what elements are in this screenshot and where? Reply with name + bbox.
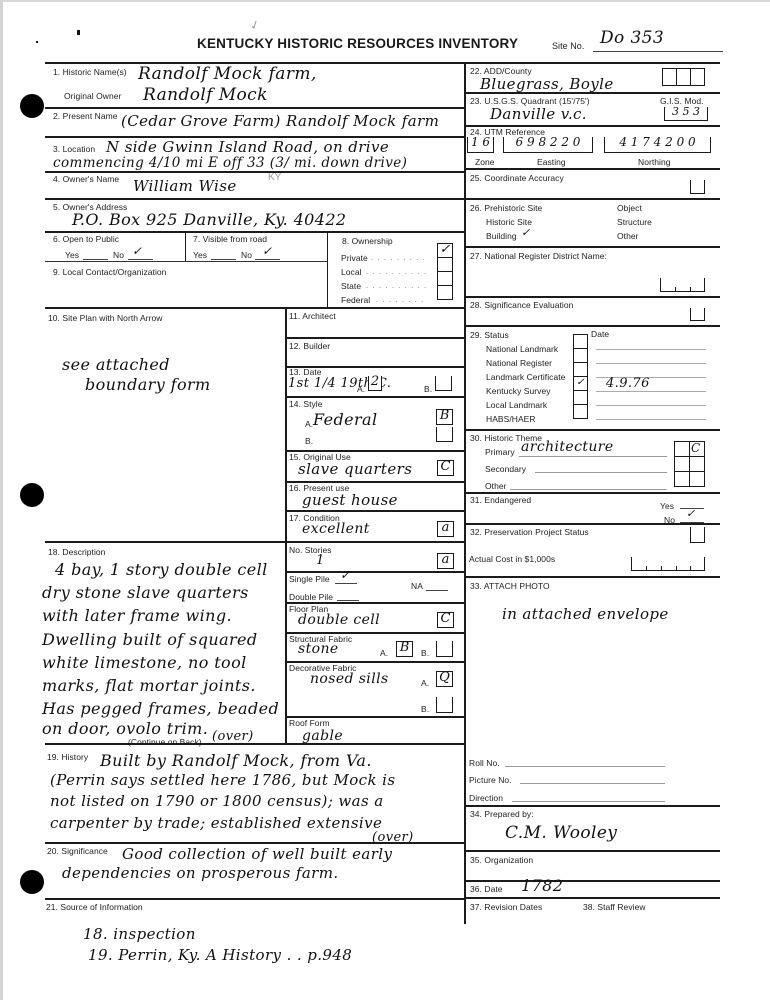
prepared-by-label: 34. Prepared by: bbox=[470, 809, 534, 819]
date-b-code[interactable] bbox=[435, 376, 452, 391]
history-line[interactable]: not listed on 1790 or 1800 census); was … bbox=[50, 792, 384, 810]
style-a-code[interactable]: B bbox=[436, 409, 453, 425]
site-plan-label: 10. Site Plan with North Arrow bbox=[48, 313, 162, 323]
floor-plan-value[interactable]: double cell bbox=[298, 612, 380, 628]
organization-label: 35. Organization bbox=[470, 855, 533, 865]
date-a-label: A. bbox=[357, 384, 365, 394]
significance-evaluation-box[interactable] bbox=[690, 308, 705, 321]
direction-label: Direction bbox=[469, 793, 503, 803]
decorative-fabric-a-code[interactable]: Q bbox=[436, 671, 453, 687]
site-plan-value-line1[interactable]: see attached bbox=[62, 355, 170, 374]
revision-dates-label: 37. Revision Dates bbox=[470, 902, 542, 912]
condition-code[interactable]: a bbox=[437, 521, 454, 537]
stray-mark bbox=[77, 30, 80, 35]
rule bbox=[465, 62, 720, 64]
double-pile-label: Double Pile bbox=[289, 592, 333, 602]
structural-fabric-b-label: B. bbox=[421, 648, 429, 658]
rule bbox=[45, 261, 327, 262]
significance-label: 20. Significance bbox=[47, 846, 108, 856]
status-date-line bbox=[596, 391, 706, 392]
rule bbox=[465, 850, 720, 852]
description-line[interactable]: on door, ovolo trim. bbox=[42, 719, 208, 738]
status-kentucky-survey-label: Kentucky Survey bbox=[486, 386, 551, 396]
structural-fabric-value[interactable]: stone bbox=[298, 641, 339, 657]
open-public-label: 6. Open to Public bbox=[53, 234, 119, 244]
prepared-date-label: 36. Date bbox=[470, 884, 503, 894]
scan-left-edge bbox=[0, 0, 3, 1000]
roof-form-label: Roof Form bbox=[289, 718, 330, 728]
visible-road-yes-blank[interactable] bbox=[211, 259, 236, 260]
ownership-federal-checkbox[interactable] bbox=[437, 285, 453, 300]
picture-no-line[interactable] bbox=[520, 783, 665, 784]
structural-fabric-b-code[interactable] bbox=[436, 641, 453, 657]
other-label: Other bbox=[617, 231, 639, 241]
status-date-line bbox=[596, 363, 706, 364]
actual-cost-box[interactable] bbox=[631, 557, 705, 571]
add-county-code-2[interactable] bbox=[676, 68, 691, 86]
utm-northing-label: Northing bbox=[638, 157, 671, 167]
national-register-district-box[interactable] bbox=[660, 278, 705, 292]
punch-hole bbox=[20, 94, 44, 118]
visible-road-no-label: No bbox=[241, 250, 252, 260]
style-b-code[interactable] bbox=[436, 427, 453, 442]
status-local-landmark-checkbox[interactable] bbox=[573, 390, 588, 405]
description-label: 18. Description bbox=[48, 547, 105, 557]
present-name-label: 2. Present Name bbox=[53, 111, 118, 121]
style-b-label: B. bbox=[305, 436, 313, 446]
rule bbox=[45, 171, 465, 173]
condition-value[interactable]: excellent bbox=[302, 521, 370, 537]
rule bbox=[465, 92, 720, 94]
source-line[interactable]: 19. Perrin, Ky. A History . . p.948 bbox=[88, 946, 352, 964]
endangered-no-check: ✓ bbox=[686, 507, 696, 520]
rule bbox=[45, 743, 465, 745]
visible-road-label: 7. Visible from road bbox=[193, 234, 267, 244]
significance-line[interactable]: dependencies on prosperous farm. bbox=[62, 864, 339, 882]
object-label: Object bbox=[617, 203, 642, 213]
date-b-label: B. bbox=[424, 384, 432, 394]
scan-top-edge bbox=[0, 0, 770, 2]
add-county-code-1[interactable] bbox=[662, 68, 677, 86]
endangered-yes-label: Yes bbox=[660, 501, 674, 511]
theme-secondary-label: Secondary bbox=[485, 464, 526, 474]
divider bbox=[327, 231, 328, 308]
description-line[interactable]: with later frame wing. bbox=[42, 606, 232, 625]
rule bbox=[45, 231, 465, 233]
rule bbox=[465, 246, 720, 248]
status-national-landmark-checkbox[interactable] bbox=[573, 334, 588, 349]
rule bbox=[45, 107, 465, 109]
rule bbox=[465, 296, 720, 298]
structural-fabric-a-code[interactable]: B bbox=[396, 641, 413, 657]
open-public-no-blank[interactable] bbox=[128, 259, 153, 260]
description-line[interactable]: dry stone slave quarters bbox=[42, 583, 249, 602]
stories-code[interactable]: a bbox=[437, 553, 454, 569]
attach-photo-label: 33. ATTACH PHOTO bbox=[470, 581, 550, 591]
owner-name-value[interactable]: William Wise bbox=[133, 177, 237, 195]
direction-line[interactable] bbox=[512, 801, 665, 802]
style-a-value[interactable]: Federal bbox=[313, 410, 378, 429]
endangered-label: 31. Endangered bbox=[470, 495, 531, 505]
rule bbox=[465, 880, 720, 882]
builder-label: 12. Builder bbox=[289, 341, 330, 351]
pencil-annotation: KY bbox=[268, 172, 281, 183]
leader-dots: . . . . . . . . bbox=[376, 295, 424, 304]
rule bbox=[465, 325, 720, 327]
site-plan-value-line2[interactable]: boundary form bbox=[85, 375, 211, 394]
na-blank[interactable] bbox=[426, 590, 448, 591]
historic-name-label: 1. Historic Name(s) bbox=[53, 67, 127, 77]
ownership-local-label: Local bbox=[341, 267, 362, 277]
utm-zone-label: Zone bbox=[475, 157, 495, 167]
history-line[interactable]: (Perrin says settled here 1786, but Mock… bbox=[50, 771, 395, 789]
status-habs-haer-checkbox[interactable] bbox=[573, 404, 588, 419]
status-national-landmark-label: National Landmark bbox=[486, 344, 558, 354]
status-date-line bbox=[596, 349, 706, 350]
theme-secondary-line[interactable] bbox=[535, 472, 667, 473]
theme-primary-code: C bbox=[691, 441, 700, 455]
attach-photo-value[interactable]: in attached envelope bbox=[502, 605, 669, 623]
site-no-value[interactable]: Do 353 bbox=[600, 28, 664, 48]
original-owner-value[interactable]: Randolf Mock bbox=[143, 85, 268, 105]
status-kentucky-survey-date[interactable]: 4.9.76 bbox=[606, 376, 650, 391]
ownership-private-label: Private bbox=[341, 253, 368, 263]
divider bbox=[285, 307, 287, 743]
history-line[interactable]: Built by Randolf Mock, from Va. bbox=[100, 751, 372, 770]
pencil-check-icon: ✓ bbox=[248, 17, 262, 34]
double-pile-blank[interactable] bbox=[337, 600, 359, 601]
floor-plan-code[interactable]: C bbox=[437, 612, 454, 628]
rule bbox=[465, 897, 720, 899]
theme-code-grid[interactable]: C bbox=[674, 441, 705, 487]
rule bbox=[465, 198, 720, 200]
utm-easting-label: Easting bbox=[537, 157, 566, 167]
description-line[interactable]: Has pegged frames, beaded bbox=[42, 699, 279, 718]
roll-no-line[interactable] bbox=[505, 766, 665, 767]
ownership-state-label: State bbox=[341, 281, 361, 291]
theme-other-label: Other bbox=[485, 481, 507, 491]
ownership-private-checkbox[interactable]: ✓ bbox=[437, 243, 453, 258]
preservation-status-label: 32. Preservation Project Status bbox=[470, 527, 589, 537]
rule bbox=[45, 898, 465, 900]
form-title: KENTUCKY HISTORIC RESOURCES INVENTORY bbox=[197, 36, 518, 51]
location-value-line2[interactable]: commencing 4/10 mi E off 33 (3/ mi. down… bbox=[53, 155, 407, 171]
rule bbox=[285, 510, 465, 512]
theme-other-line[interactable] bbox=[510, 489, 667, 490]
structure-label: Structure bbox=[617, 217, 652, 227]
rule bbox=[465, 429, 720, 431]
building-check[interactable]: ✓ bbox=[521, 226, 531, 239]
status-national-register-checkbox[interactable] bbox=[573, 348, 588, 363]
utm-northing[interactable]: 4 1 7 4 2 0 0 bbox=[604, 137, 711, 153]
theme-primary-line bbox=[519, 456, 667, 457]
gis-mod-code[interactable]: 3 5 3 bbox=[664, 107, 708, 121]
roof-form-value[interactable]: gable bbox=[302, 728, 343, 744]
original-use-value[interactable]: slave quarters bbox=[298, 460, 412, 478]
status-date-line bbox=[596, 405, 706, 406]
decorative-fabric-value[interactable]: nosed sills bbox=[310, 671, 389, 687]
utm-zone[interactable]: 1 6 bbox=[467, 137, 494, 153]
staff-review-label: 38. Staff Review bbox=[583, 902, 646, 912]
structural-fabric-a-label: A. bbox=[380, 648, 388, 658]
style-a-label: A. bbox=[305, 419, 313, 429]
description-line[interactable]: white limestone, no tool bbox=[42, 653, 247, 672]
status-habs-haer-label: HABS/HAER bbox=[486, 414, 536, 424]
description-over: (over) bbox=[212, 729, 254, 744]
status-kentucky-survey-checkbox[interactable]: ✓ bbox=[573, 376, 588, 391]
open-public-no-check: ✓ bbox=[132, 244, 142, 258]
rule bbox=[45, 842, 465, 844]
prepared-by-value[interactable]: C.M. Wooley bbox=[505, 823, 617, 843]
add-county-code-3[interactable] bbox=[690, 68, 705, 86]
significance-line[interactable]: Good collection of well built early bbox=[122, 845, 392, 863]
rule bbox=[465, 523, 720, 525]
punch-hole bbox=[20, 870, 44, 894]
open-public-no-label: No bbox=[113, 250, 124, 260]
historic-name-value[interactable]: Randolf Mock farm, bbox=[138, 64, 317, 84]
original-use-code[interactable]: C bbox=[437, 460, 454, 476]
local-contact-label: 9. Local Contact/Organization bbox=[53, 267, 166, 277]
history-label: 19. History bbox=[47, 752, 88, 762]
leader-dots: . . . . . . . . . bbox=[371, 253, 426, 262]
rule bbox=[465, 492, 720, 494]
owner-address-value[interactable]: P.O. Box 925 Danville, Ky. 40422 bbox=[72, 210, 347, 229]
owner-name-label: 4. Owner's Name bbox=[53, 174, 119, 184]
source-label: 21. Source of Information bbox=[46, 902, 143, 912]
site-no-label: Site No. bbox=[552, 41, 584, 51]
decorative-fabric-a-label: A. bbox=[421, 678, 429, 688]
ownership-local-checkbox[interactable] bbox=[437, 257, 453, 272]
history-line[interactable]: carpenter by trade; established extensiv… bbox=[50, 814, 382, 832]
prepared-date-value[interactable]: 1782 bbox=[521, 876, 563, 895]
status-date-line bbox=[596, 419, 706, 420]
stories-label: No. Stories bbox=[289, 545, 332, 555]
ownership-federal-label: Federal bbox=[341, 295, 370, 305]
description-line[interactable]: marks, flat mortar joints. bbox=[42, 676, 256, 695]
open-public-yes-label: Yes bbox=[65, 250, 79, 260]
usgs-quadrant-value[interactable]: Danville v.c. bbox=[490, 105, 587, 123]
source-line[interactable]: 18. inspection bbox=[83, 925, 196, 943]
visible-road-yes-label: Yes bbox=[193, 250, 207, 260]
ownership-label: 8. Ownership bbox=[342, 236, 393, 246]
leader-dots: . . . . . . . . . . bbox=[366, 281, 427, 290]
status-national-register-label: National Register bbox=[486, 358, 552, 368]
stray-mark bbox=[36, 41, 38, 43]
picture-no-label: Picture No. bbox=[469, 775, 512, 785]
prehistoric-site-label: 26. Prehistoric Site bbox=[470, 203, 542, 213]
single-pile-blank[interactable] bbox=[335, 583, 357, 584]
coordinate-accuracy-box[interactable] bbox=[690, 180, 705, 194]
rule bbox=[45, 541, 465, 543]
na-label: NA bbox=[411, 581, 423, 591]
original-owner-label: Original Owner bbox=[64, 91, 121, 101]
present-use-value[interactable]: guest house bbox=[302, 491, 398, 509]
roll-no-label: Roll No. bbox=[469, 758, 500, 768]
decorative-fabric-b-label: B. bbox=[421, 704, 429, 714]
significance-evaluation-label: 28. Significance Evaluation bbox=[470, 300, 573, 310]
rule bbox=[285, 571, 465, 573]
building-label: Building bbox=[486, 231, 517, 241]
decorative-fabric-b-code[interactable] bbox=[436, 697, 453, 713]
utm-easting[interactable]: 6 9 8 2 2 0 bbox=[503, 137, 593, 153]
location-value-line1[interactable]: N side Gwinn Island Road, on drive bbox=[106, 138, 389, 156]
rule bbox=[45, 198, 465, 200]
rule bbox=[465, 168, 720, 170]
visible-road-no-blank[interactable] bbox=[255, 259, 280, 260]
rule bbox=[465, 576, 720, 578]
actual-cost-label: Actual Cost in $1,000s bbox=[469, 554, 555, 564]
theme-primary-value[interactable]: architecture bbox=[521, 439, 614, 455]
rule bbox=[465, 805, 720, 807]
add-county-value[interactable]: Bluegrass, Boyle bbox=[480, 75, 614, 93]
continue-on-back-label: (Continue on Back) bbox=[128, 737, 202, 747]
visible-road-no-check: ✓ bbox=[262, 244, 272, 258]
coordinate-accuracy-label: 25. Coordinate Accuracy bbox=[470, 173, 564, 183]
national-register-district-label: 27. National Register District Name: bbox=[470, 251, 607, 261]
status-label: 29. Status bbox=[470, 330, 509, 340]
site-no-line bbox=[593, 51, 723, 52]
preservation-status-box[interactable] bbox=[690, 527, 705, 543]
description-line[interactable]: 4 bay, 1 story double cell bbox=[55, 560, 268, 579]
description-line[interactable]: Dwelling built of squared bbox=[42, 630, 258, 649]
rule bbox=[285, 337, 465, 339]
theme-primary-label: Primary bbox=[485, 447, 515, 457]
status-landmark-certificate-checkbox[interactable] bbox=[573, 362, 588, 377]
divider bbox=[185, 231, 186, 261]
stories-value[interactable]: 1 bbox=[316, 553, 325, 568]
open-public-yes-blank[interactable] bbox=[83, 259, 108, 260]
punch-hole bbox=[20, 483, 44, 507]
ownership-state-checkbox[interactable] bbox=[437, 271, 453, 286]
architect-label: 11. Architect bbox=[289, 311, 336, 321]
single-pile-label: Single Pile bbox=[289, 574, 330, 584]
present-name-value[interactable]: (Cedar Grove Farm) Randolf Mock farm bbox=[121, 112, 439, 130]
status-date-label: Date bbox=[591, 329, 609, 339]
rule bbox=[45, 307, 465, 309]
status-landmark-certificate-label: Landmark Certificate bbox=[486, 372, 565, 382]
status-local-landmark-label: Local Landmark bbox=[486, 400, 547, 410]
style-label: 14. Style bbox=[289, 399, 323, 409]
single-pile-mark: ✓ bbox=[340, 568, 350, 582]
date-a-code[interactable]: 2 bbox=[368, 376, 382, 391]
leader-dots: . . . . . . . . . . bbox=[366, 267, 427, 276]
location-label: 3. Location bbox=[53, 144, 95, 154]
rule bbox=[285, 396, 465, 398]
